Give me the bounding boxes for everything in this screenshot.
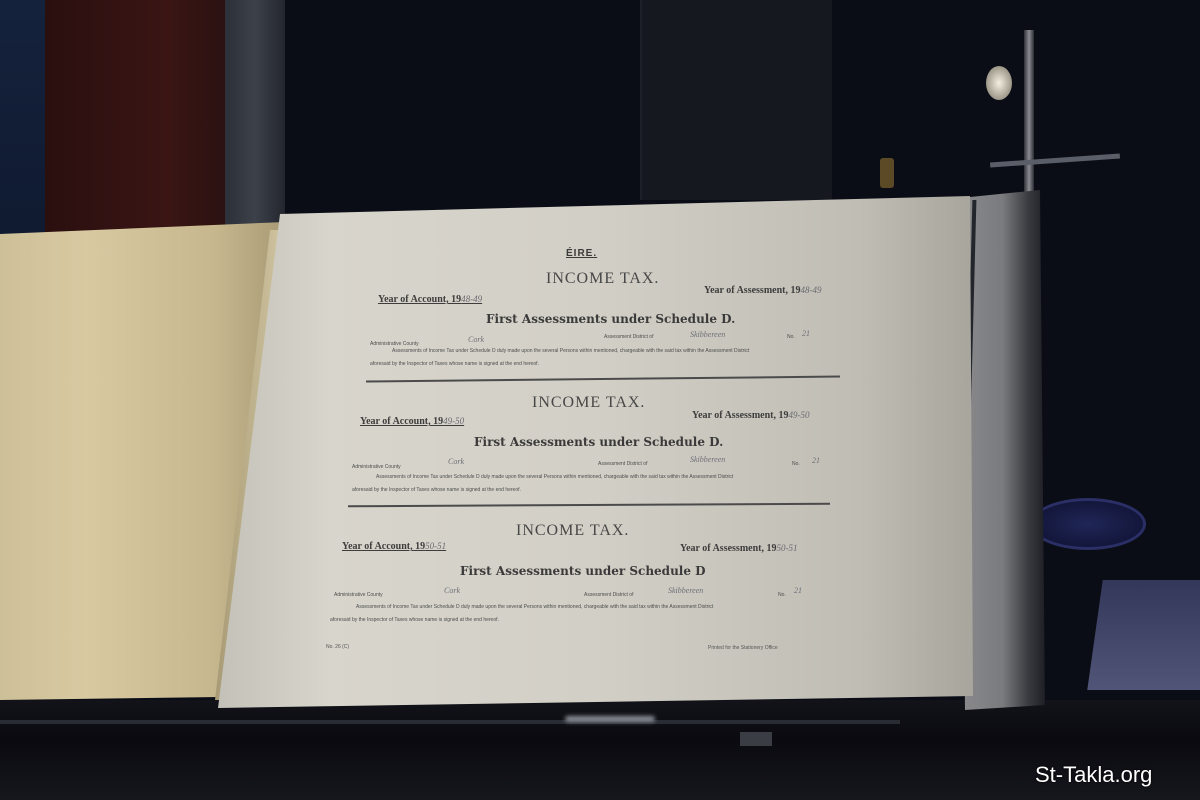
district-value: Skibbereen	[668, 586, 703, 595]
county-label: Administrative County	[334, 592, 383, 598]
year-of-account-value: 49-50	[443, 416, 464, 426]
year-of-account: Year of Account, 1948-49	[378, 294, 482, 305]
form-number: No. 26 (C)	[326, 644, 349, 650]
section-title: INCOME TAX.	[516, 522, 629, 540]
county-value: Cork	[448, 457, 464, 466]
district-value: Skibbereen	[690, 330, 725, 339]
glass-inkwell	[1030, 498, 1146, 550]
year-of-assessment-label: Year of Assessment, 19	[704, 285, 800, 296]
year-of-account-label: Year of Account, 19	[360, 416, 443, 427]
year-of-assessment-label: Year of Assessment, 19	[680, 543, 776, 554]
district-value: Skibbereen	[690, 455, 725, 464]
year-of-assessment-label: Year of Assessment, 19	[692, 410, 788, 421]
background-blue-wall	[0, 0, 45, 250]
background-grey-post	[225, 0, 285, 230]
display-stand-arm	[990, 153, 1120, 167]
number-value: 21	[794, 586, 802, 595]
number-label: No.	[792, 461, 800, 467]
county-label: Administrative County	[370, 341, 419, 347]
printer-line: Printed for the Stationery Office	[708, 645, 778, 651]
number-value: 21	[812, 456, 820, 465]
county-value: Cork	[468, 335, 484, 344]
watermark: St-Takla.org	[1035, 762, 1152, 788]
background-red-panel	[45, 0, 250, 240]
section-title: INCOME TAX.	[546, 270, 659, 288]
number-label: No.	[778, 592, 786, 598]
display-leaflet	[1087, 580, 1200, 690]
number-label: No.	[787, 334, 795, 340]
number-value: 21	[802, 329, 810, 338]
book-clip	[740, 732, 772, 746]
year-of-account-value: 50-51	[425, 541, 446, 551]
body-line-1: Assessments of Income Tax under Schedule…	[376, 474, 733, 480]
country-heading: ÉIRE.	[566, 248, 597, 259]
year-of-account-label: Year of Account, 19	[342, 541, 425, 552]
section-subtitle: First Assessments under Schedule D.	[486, 312, 735, 326]
year-of-assessment: Year of Assessment, 1948-49	[704, 285, 821, 296]
display-case-base	[0, 700, 1200, 800]
district-label: Assessment District of	[604, 334, 653, 340]
year-of-assessment-value: 48-49	[800, 285, 821, 295]
glass-reflection	[565, 716, 655, 722]
county-value: Cork	[444, 586, 460, 595]
year-of-assessment-value: 49-50	[788, 410, 809, 420]
background-display-panel	[640, 0, 832, 200]
light-reflection	[986, 66, 1012, 100]
year-of-account-value: 48-49	[461, 294, 482, 304]
year-of-account: Year of Account, 1950-51	[342, 541, 446, 552]
body-line-2: aforesaid by the Inspector of Taxes whos…	[370, 361, 539, 367]
body-line-1: Assessments of Income Tax under Schedule…	[392, 348, 749, 354]
body-line-2: aforesaid by the Inspector of Taxes whos…	[352, 487, 521, 493]
year-of-account: Year of Account, 1949-50	[360, 416, 464, 427]
section-title: INCOME TAX.	[532, 394, 645, 412]
brass-fitting	[880, 158, 894, 188]
section-subtitle: First Assessments under Schedule D.	[474, 435, 723, 449]
county-label: Administrative County	[352, 464, 401, 470]
body-line-1: Assessments of Income Tax under Schedule…	[356, 604, 713, 610]
year-of-assessment: Year of Assessment, 1949-50	[692, 410, 809, 421]
year-of-assessment-value: 50-51	[776, 543, 797, 553]
year-of-assessment: Year of Assessment, 1950-51	[680, 543, 797, 554]
display-case-rail	[0, 720, 900, 724]
section-subtitle: First Assessments under Schedule D	[460, 564, 706, 578]
district-label: Assessment District of	[598, 461, 647, 467]
year-of-account-label: Year of Account, 19	[378, 294, 461, 305]
district-label: Assessment District of	[584, 592, 633, 598]
body-line-2: aforesaid by the Inspector of Taxes whos…	[330, 617, 499, 623]
